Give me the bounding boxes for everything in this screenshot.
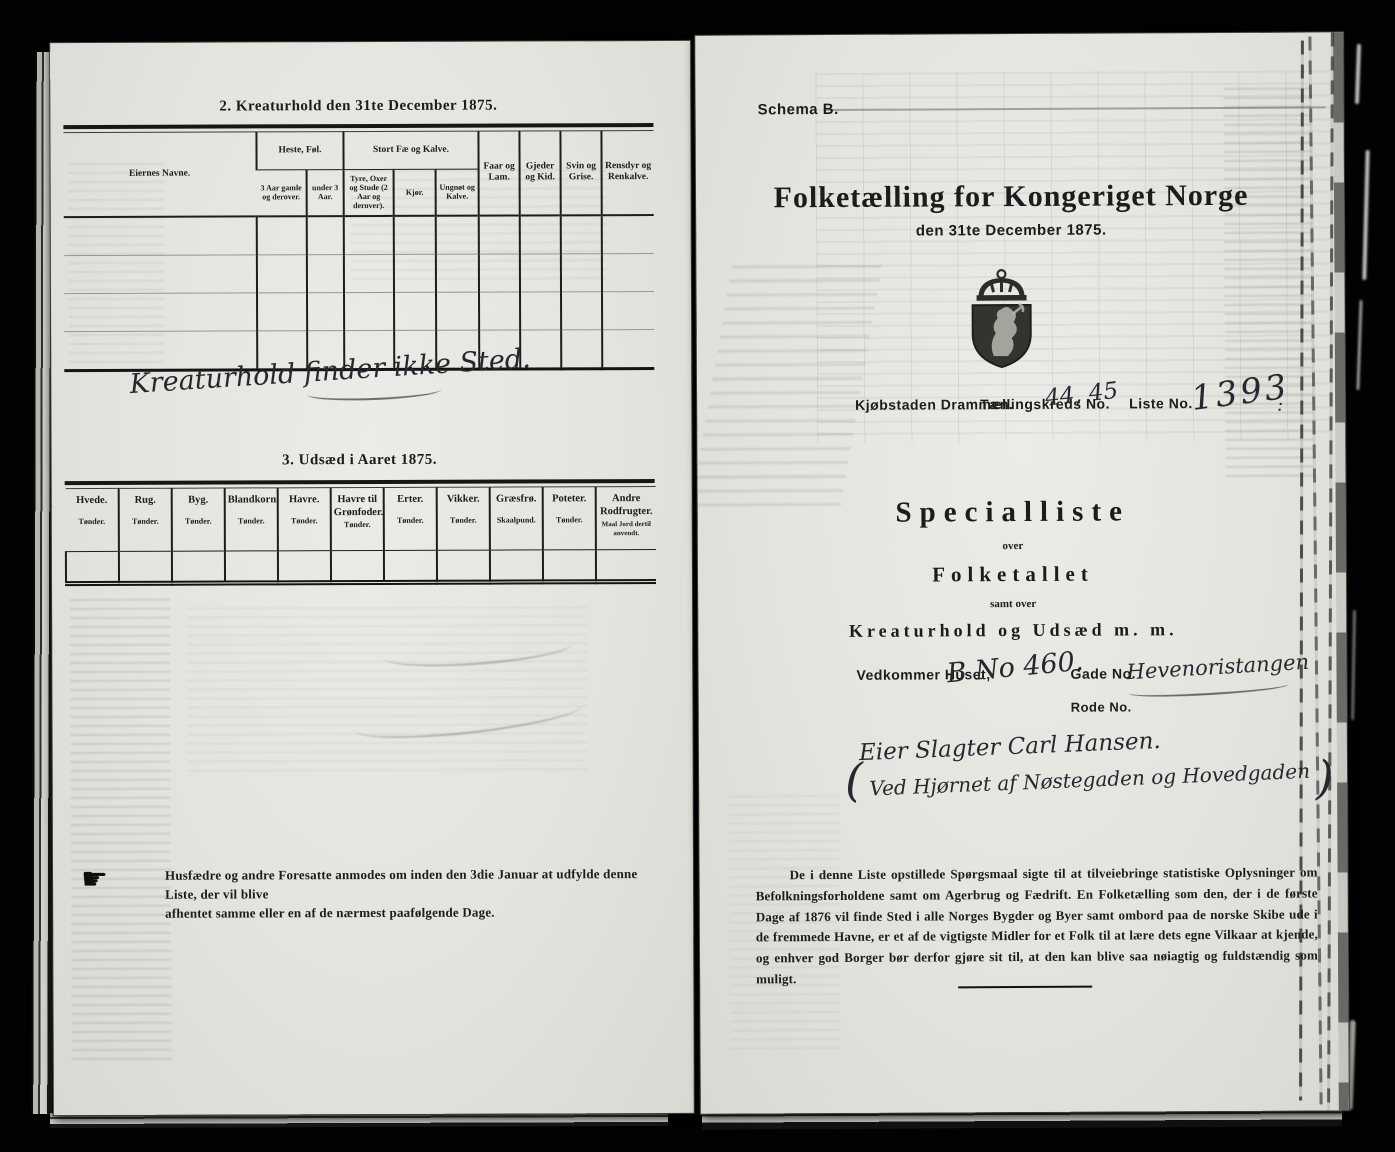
col-header-erter: Erter.Tønder. bbox=[384, 487, 437, 550]
col-header-poteter: Poteter.Tønder. bbox=[543, 487, 596, 550]
table-row bbox=[64, 215, 654, 256]
crest-ring bbox=[997, 270, 1005, 278]
footer-note-line2: afhentet samme eller en af de nærmest pa… bbox=[165, 903, 643, 924]
sub-header-heste-gamle: 3 Aar gamle og derover. bbox=[257, 170, 307, 216]
scanned-census-spread: 2. Kreaturhold den 31te December 1875. E… bbox=[0, 0, 1395, 1152]
footer-note: Husfædre og andre Foresatte anmodes om i… bbox=[165, 865, 643, 923]
heading-over: over bbox=[698, 538, 1328, 553]
udsaed-table: Hvede.Tønder. Rug.Tønder. Byg.Tønder. Bl… bbox=[65, 479, 655, 586]
col-group-heste-fol: Heste, Føl. bbox=[256, 132, 343, 170]
scan-streak bbox=[1362, 150, 1369, 280]
col-header-faar-lam: Faar og Lam. bbox=[478, 131, 519, 215]
coat-of-arms bbox=[960, 268, 1043, 375]
scan-streak bbox=[1355, 44, 1361, 104]
col-header-svin-grise: Svin og Grise. bbox=[560, 131, 601, 215]
col-header-gjeder-kid: Gjeder og Kid. bbox=[519, 131, 560, 215]
col-header-rug: Rug.Tønder. bbox=[119, 488, 172, 551]
left-page: 2. Kreaturhold den 31te December 1875. E… bbox=[50, 41, 694, 1115]
table-row bbox=[64, 291, 654, 331]
col-header-vikker: Vikker.Tønder. bbox=[437, 487, 490, 550]
col-header-hvede: Hvede.Tønder. bbox=[66, 488, 119, 551]
manicule-icon: ☛ bbox=[81, 865, 108, 895]
page-title: Folketælling for Kongeriget Norge bbox=[696, 178, 1326, 215]
col-header-andre-rodfrugter: Andre Rodfrugter.Maal Jord dertil anvend… bbox=[596, 487, 656, 550]
scan-streak bbox=[1356, 300, 1362, 390]
list-number-colon: : bbox=[1277, 395, 1283, 416]
house-number-handwritten: B No 460. bbox=[945, 646, 1084, 690]
bleed-through-text bbox=[70, 599, 172, 1064]
close-parenthesis: ) bbox=[1316, 754, 1334, 800]
rode-label: Rode No. bbox=[1071, 699, 1132, 714]
col-group-stort-fae: Stort Fæ og Kalve. bbox=[343, 131, 478, 169]
bleed-through-handwriting bbox=[690, 265, 882, 511]
info-paragraph: De i denne Liste opstillede Spørgsmaal s… bbox=[756, 862, 1319, 990]
bleed-through-text bbox=[187, 606, 588, 777]
table-row bbox=[66, 550, 656, 584]
col-header-eiernes-navne: Eiernes Navne. bbox=[63, 132, 256, 217]
col-header-blandkorn: Blandkorn.Tønder. bbox=[225, 488, 278, 551]
sub-header-heste-unge: under 3 Aar. bbox=[307, 170, 344, 216]
col-header-byg: Byg.Tønder. bbox=[172, 488, 225, 551]
heading-specialliste: Specialliste bbox=[698, 494, 1328, 530]
list-label: Liste No. bbox=[1129, 395, 1193, 411]
sub-header-kjor: Kjør. bbox=[394, 169, 436, 215]
scan-streak bbox=[1351, 610, 1356, 720]
sub-header-tyre-oxer: Tyre, Oxer og Stude (2 Aar og derover). bbox=[344, 169, 394, 215]
schema-label: Schema B. bbox=[758, 101, 839, 118]
udsaed-table-title: 3. Udsæd i Aaret 1875. bbox=[62, 451, 658, 470]
col-header-rensdyr: Rensdyr og Renkalve. bbox=[601, 131, 653, 215]
col-header-havre-gronfoder: Havre til Grønfoder.Tønder. bbox=[331, 487, 384, 550]
sub-header-ungnot-kalve: Ungnøt og Kalve. bbox=[436, 169, 479, 215]
table-row bbox=[64, 253, 654, 293]
heading-samt-over: samt over bbox=[698, 596, 1328, 611]
heading-folketallet: Folketallet bbox=[698, 560, 1328, 588]
open-parenthesis: ( bbox=[845, 757, 863, 803]
heading-kreaturhold-udsaed: Kreaturhold og Udsæd m. m. bbox=[698, 618, 1328, 642]
page-edge-shadow bbox=[1333, 32, 1349, 1110]
col-header-havre: Havre.Tønder. bbox=[278, 488, 331, 551]
kreaturhold-table-title: 2. Kreaturhold den 31te December 1875. bbox=[60, 97, 656, 116]
street-name-handwritten: Hevenoristangen bbox=[1126, 650, 1310, 684]
corner-note-handwritten: ( Ved Hjørnet af Nøstegaden og Hovedgade… bbox=[845, 754, 1315, 802]
right-page: Schema B. Folketælling for Kongeriget No… bbox=[695, 32, 1349, 1113]
kreaturhold-table: Eiernes Navne. Heste, Føl. Stort Fæ og K… bbox=[63, 123, 654, 372]
col-header-graesfro: Græsfrø.Skaalpund. bbox=[490, 487, 543, 550]
page-subtitle: den 31te December 1875. bbox=[696, 220, 1326, 240]
footer-note-line1: Husfædre og andre Foresatte anmodes om i… bbox=[165, 865, 643, 904]
